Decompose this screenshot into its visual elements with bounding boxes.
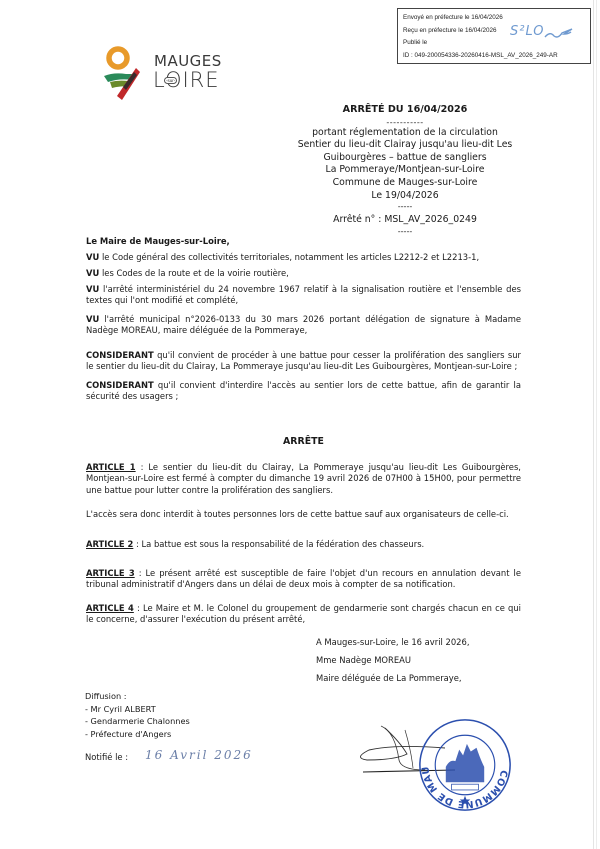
visa-lead: VU [86,268,99,278]
notification-line: Notifié le : 16 Avril 2026 [85,752,128,762]
subject-line: portant réglementation de la circulation [290,127,520,140]
article-3: ARTICLE 3 : Le présent arrêté est suscep… [86,568,521,591]
article-text: La battue est sous la responsabilité de … [142,539,425,549]
signature-block: A Mauges-sur-Loire, le 16 avril 2026, Mm… [316,634,536,687]
arrete-header: ARRÊTÉ DU 16/04/2026 ----------- portant… [290,104,520,237]
signatory-role: Maire déléguée de La Pommeraye, [316,670,536,688]
article-sep: : [136,462,149,472]
article-1: ARTICLE 1 : Le sentier du lieu-dit du Cl… [86,462,521,496]
visa-text: le Code général des collectivités territ… [99,252,479,262]
subject-line: Sentier du lieu-dit Clairay jusqu'au lie… [290,139,520,152]
prefecture-receipt-box: Envoyé en préfecture le 16/04/2026 Reçu … [397,8,591,64]
logo-text-loire: LOIRE [153,68,220,92]
article-label: ARTICLE 3 [86,568,135,578]
visa-3: VU l'arrêté interministériel du 24 novem… [86,284,521,307]
mauges-sur-loire-logo: MAUGES LOIRE -sur- [104,44,234,104]
sent-date: Envoyé en préfecture le 16/04/2026 [403,12,585,25]
article-label: ARTICLE 4 [86,603,134,613]
article-text: L'accès sera donc interdit à toutes pers… [86,509,509,519]
visa-lead: VU [86,284,99,294]
decision-heading: ARRÊTE [86,436,521,447]
handwritten-date: 16 Avril 2026 [145,748,253,762]
visa-lead: VU [86,314,99,324]
logo-text-sur: -sur- [164,77,177,84]
signatory-name: Mme Nadège MOREAU [316,652,536,670]
subject-line: Le 19/04/2026 [290,190,520,203]
article-sep: : [134,603,143,613]
page-edge [596,0,597,849]
subject-line: Commune de Mauges-sur-Loire [290,177,520,190]
considerant-lead: CONSIDERANT [86,350,154,360]
article-text: Le sentier du lieu-dit du Clairay, La Po… [86,462,521,495]
document-page: Envoyé en préfecture le 16/04/2026 Reçu … [0,0,600,849]
diffusion-recipient: - Gendarmerie Chalonnes [85,715,285,728]
visa-text: l'arrêté interministériel du 24 novembre… [86,284,521,305]
diffusion-list: Diffusion : - Mr Cyril ALBERT - Gendarme… [85,690,285,740]
notification-label: Notifié le : [85,752,128,762]
article-text: Le présent arrêté est susceptible de fai… [86,568,521,589]
act-id: ID : 049-200054336-20260416-MSL_AV_2026_… [403,50,585,63]
article-4: ARTICLE 4 : Le Maire et M. le Colonel du… [86,603,521,626]
visa-text: les Codes de la route et de la voirie ro… [99,268,289,278]
s2lo-mark: S²LO [510,24,545,39]
visa-2: VU les Codes de la route et de la voirie… [86,268,521,279]
considerant-2: CONSIDERANT qu'il convient d'interdire l… [86,380,521,403]
diffusion-recipient: - Mr Cyril ALBERT [85,703,285,716]
s2lo-stamp-icon: S²LO [510,26,545,39]
article-text: Le Maire et M. le Colonel du groupement … [86,603,521,624]
separator: ----------- [290,118,520,127]
diffusion-recipient: - Préfecture d'Angers [85,728,285,741]
logo-emblem-icon [104,44,154,106]
visa-1: VU le Code général des collectivités ter… [86,252,521,263]
author-line: Le Maire de Mauges-sur-Loire, [86,236,521,247]
municipal-seal-icon: COMMUNE DE MAUGES-SUR-LOIRE [417,717,513,813]
article-sep: : [135,568,146,578]
diffusion-heading: Diffusion : [85,690,285,703]
subject-line: La Pommeraye/Montjean-sur-Loire [290,164,520,177]
arrete-reference: Arrêté n° : MSL_AV_2026_0249 [290,214,520,227]
visa-text: l'arrêté municipal n°2026-0133 du 30 mar… [86,314,521,335]
separator: ----- [290,202,520,212]
arrete-title: ARRÊTÉ DU 16/04/2026 [290,104,520,117]
article-label: ARTICLE 2 [86,539,133,549]
considerant-lead: CONSIDERANT [86,380,154,390]
author: Le Maire de Mauges-sur-Loire, [86,236,230,246]
page-edge [593,0,594,849]
article-sep: : [133,539,141,549]
visa-4: VU l'arrêté municipal n°2026-0133 du 30 … [86,314,521,337]
place-date: A Mauges-sur-Loire, le 16 avril 2026, [316,634,536,652]
article-1-access: L'accès sera donc interdit à toutes pers… [86,509,521,520]
article-label: ARTICLE 1 [86,462,136,472]
visa-lead: VU [86,252,99,262]
considerant-1: CONSIDERANT qu'il convient de procéder à… [86,350,521,373]
subject-line: Guibourgères – battue de sangliers [290,152,520,165]
article-2: ARTICLE 2 : La battue est sous la respon… [86,539,521,550]
